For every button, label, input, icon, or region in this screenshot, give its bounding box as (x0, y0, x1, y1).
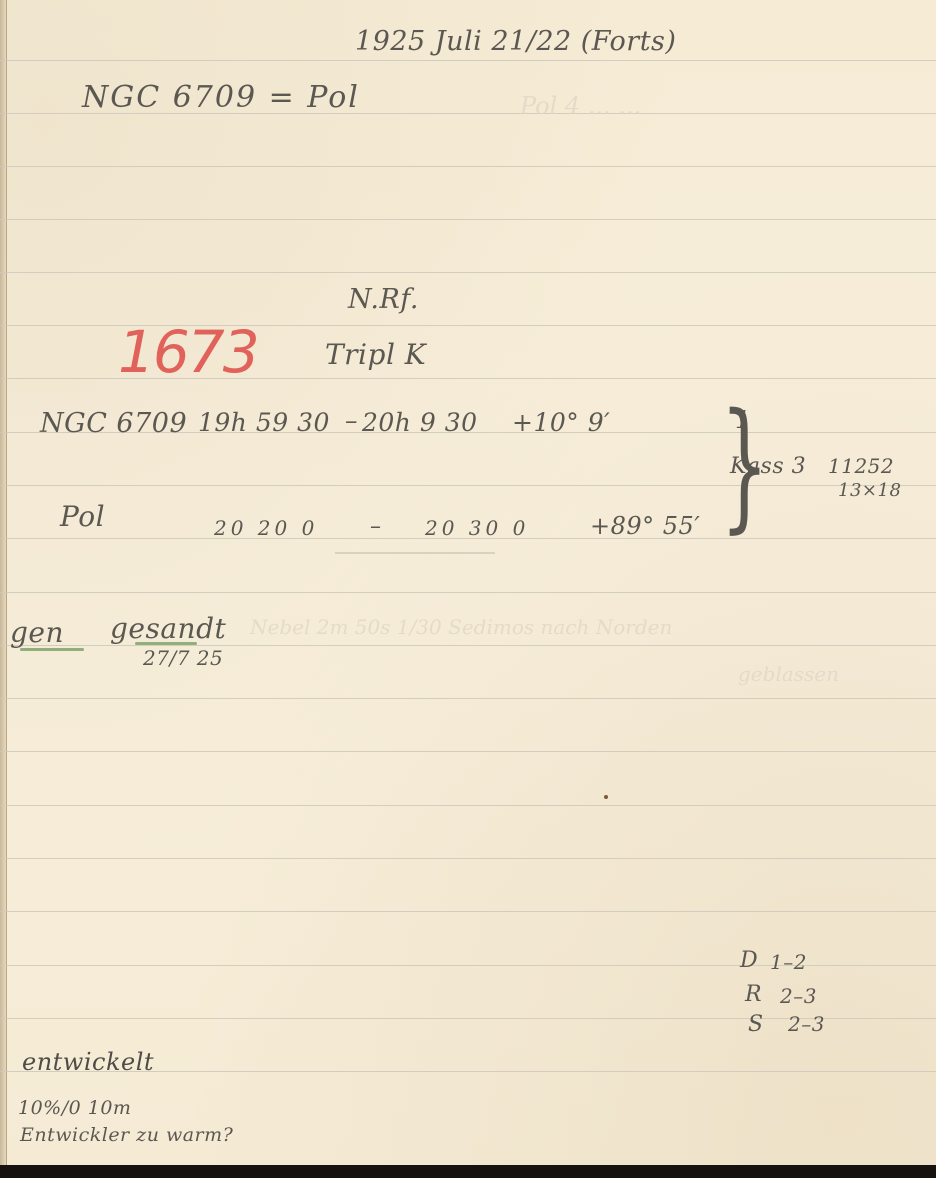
ra-start: 20 20 0 (214, 516, 318, 540)
ruled-line (0, 751, 936, 752)
bleed-through-text: geblassen (738, 662, 839, 686)
ra-end: 20 30 0 (425, 516, 529, 540)
declination: +89° 55′ (590, 512, 700, 540)
ruled-line (0, 219, 936, 220)
instrument-label: N.Rf. (348, 284, 419, 315)
developer-question: Entwickler zu warm? (20, 1124, 233, 1146)
bleed-through-text: Nebel 2m 50s 1/30 Sedimos nach Norden (250, 615, 672, 639)
rating-value: 2–3 (788, 1012, 825, 1036)
declination: +10° 9′ (512, 408, 610, 437)
object-name: NGC 6709 (40, 408, 187, 439)
ruled-line (0, 698, 936, 699)
date-heading: 1925 Juli 21/22 (Forts) (355, 26, 676, 57)
ruled-line (0, 645, 936, 646)
ruled-line (0, 485, 936, 486)
rating-value: 2–3 (780, 984, 817, 1008)
green-underline (20, 648, 84, 651)
identity-note: NGC 6709 = Pol (82, 80, 360, 115)
ruled-line (0, 60, 936, 61)
cassette-label: Kass 3 (730, 454, 806, 479)
plate-size: 13×18 (838, 480, 901, 501)
sent-date: 27/7 25 (143, 646, 223, 670)
ruled-line (0, 272, 936, 273)
plate-number: 1673 (118, 318, 258, 386)
ruled-line (0, 858, 936, 859)
scan-edge-band (0, 1165, 936, 1178)
ruled-line (0, 911, 936, 912)
ruled-line (0, 805, 936, 806)
camera-label: Tripl K (325, 338, 426, 371)
bleed-through-text: Pol 4 ... ... (520, 92, 641, 120)
ink-spot (604, 795, 608, 799)
ra-start: 19h 59 30 (198, 408, 330, 437)
rating-value: 1–2 (770, 950, 807, 974)
gen-label: gen (10, 616, 64, 649)
faint-underline (335, 552, 495, 554)
sent-label: gesandt (110, 612, 226, 645)
green-underline (135, 642, 197, 645)
plate-id: 11252 (828, 454, 894, 478)
ruled-line (0, 166, 936, 167)
ra-end: 20h 9 30 (362, 408, 478, 437)
rating-symbol: R (745, 982, 762, 1007)
exposure-count: 1 (735, 406, 751, 434)
ra-dash: – (345, 406, 358, 435)
page-binding-edge (0, 0, 7, 1165)
rating-symbol: D (740, 948, 758, 973)
notebook-page: Pol 4 ... ... Nebel 2m 50s 1/30 Sedimos … (0, 0, 936, 1165)
ra-dash: – (370, 514, 382, 539)
developed-note: entwickelt (22, 1048, 154, 1076)
rating-symbol: S (748, 1012, 764, 1037)
ruled-line (0, 592, 936, 593)
object-name: Pol (60, 500, 105, 533)
developer-ratio: 10%/0 10m (18, 1097, 131, 1119)
